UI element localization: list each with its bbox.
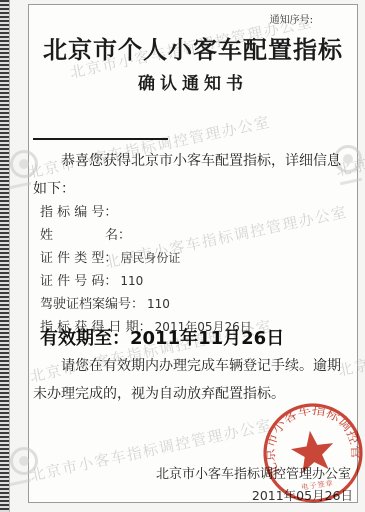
field-value — [131, 228, 134, 242]
validity-value: 2011年11月26日 — [130, 328, 284, 349]
validity-label: 有效期至： — [40, 328, 130, 349]
field-value — [117, 205, 120, 219]
validity-line: 有效期至：2011年11月26日 — [40, 324, 284, 350]
field-row-license-file-number: 驾驶证档案编号：110 — [40, 293, 252, 316]
field-label: 驾驶证档案编号： — [40, 297, 144, 312]
film-edge-decoration — [0, 0, 10, 512]
field-row-id-number: 证 件 号 码：110 — [40, 270, 252, 293]
field-value: 110 — [117, 274, 143, 288]
emblem-watermark-icon — [10, 447, 38, 475]
field-list: 指 标 编 号： 姓 名： 证 件 类 型：居民身份证 证 件 号 码：110 … — [40, 201, 252, 339]
field-row-id-type: 证 件 类 型：居民身份证 — [40, 247, 252, 270]
greeting-text: 恭喜您获得北京市小客车配置指标，详细信息如下： — [33, 147, 347, 203]
field-value: 110 — [144, 297, 170, 311]
document-subtitle: 确认通知书 — [28, 69, 358, 94]
seal-star-icon — [289, 428, 337, 474]
official-seal: 北京市小客车指标调控管理办公室 电子签章 — [255, 395, 365, 510]
field-label: 证 件 类 型： — [40, 251, 117, 266]
recipient-name-underline — [33, 138, 168, 140]
field-label: 指 标 编 号： — [40, 205, 117, 220]
notice-text: 请您在有效期内办理完成车辆登记手续。逾期未办理完成的，视为自动放弃配置指标。 — [33, 352, 349, 408]
field-row-quota-number: 指 标 编 号： — [40, 201, 252, 224]
document-photo: 北京市小客车指标调控管理办公室 北京市小客车指标调控管理办公室 北京市小客车指标… — [0, 0, 365, 512]
document-title: 北京市个人小客车配置指标 — [28, 30, 358, 65]
field-value: 居民身份证 — [117, 251, 180, 265]
seal-inner-text: 电子签章 — [301, 478, 335, 491]
serial-number-label: 通知序号: — [270, 11, 313, 26]
field-label: 姓 名： — [40, 228, 131, 243]
field-label: 证 件 号 码： — [40, 274, 117, 289]
field-row-name: 姓 名： — [40, 224, 252, 247]
